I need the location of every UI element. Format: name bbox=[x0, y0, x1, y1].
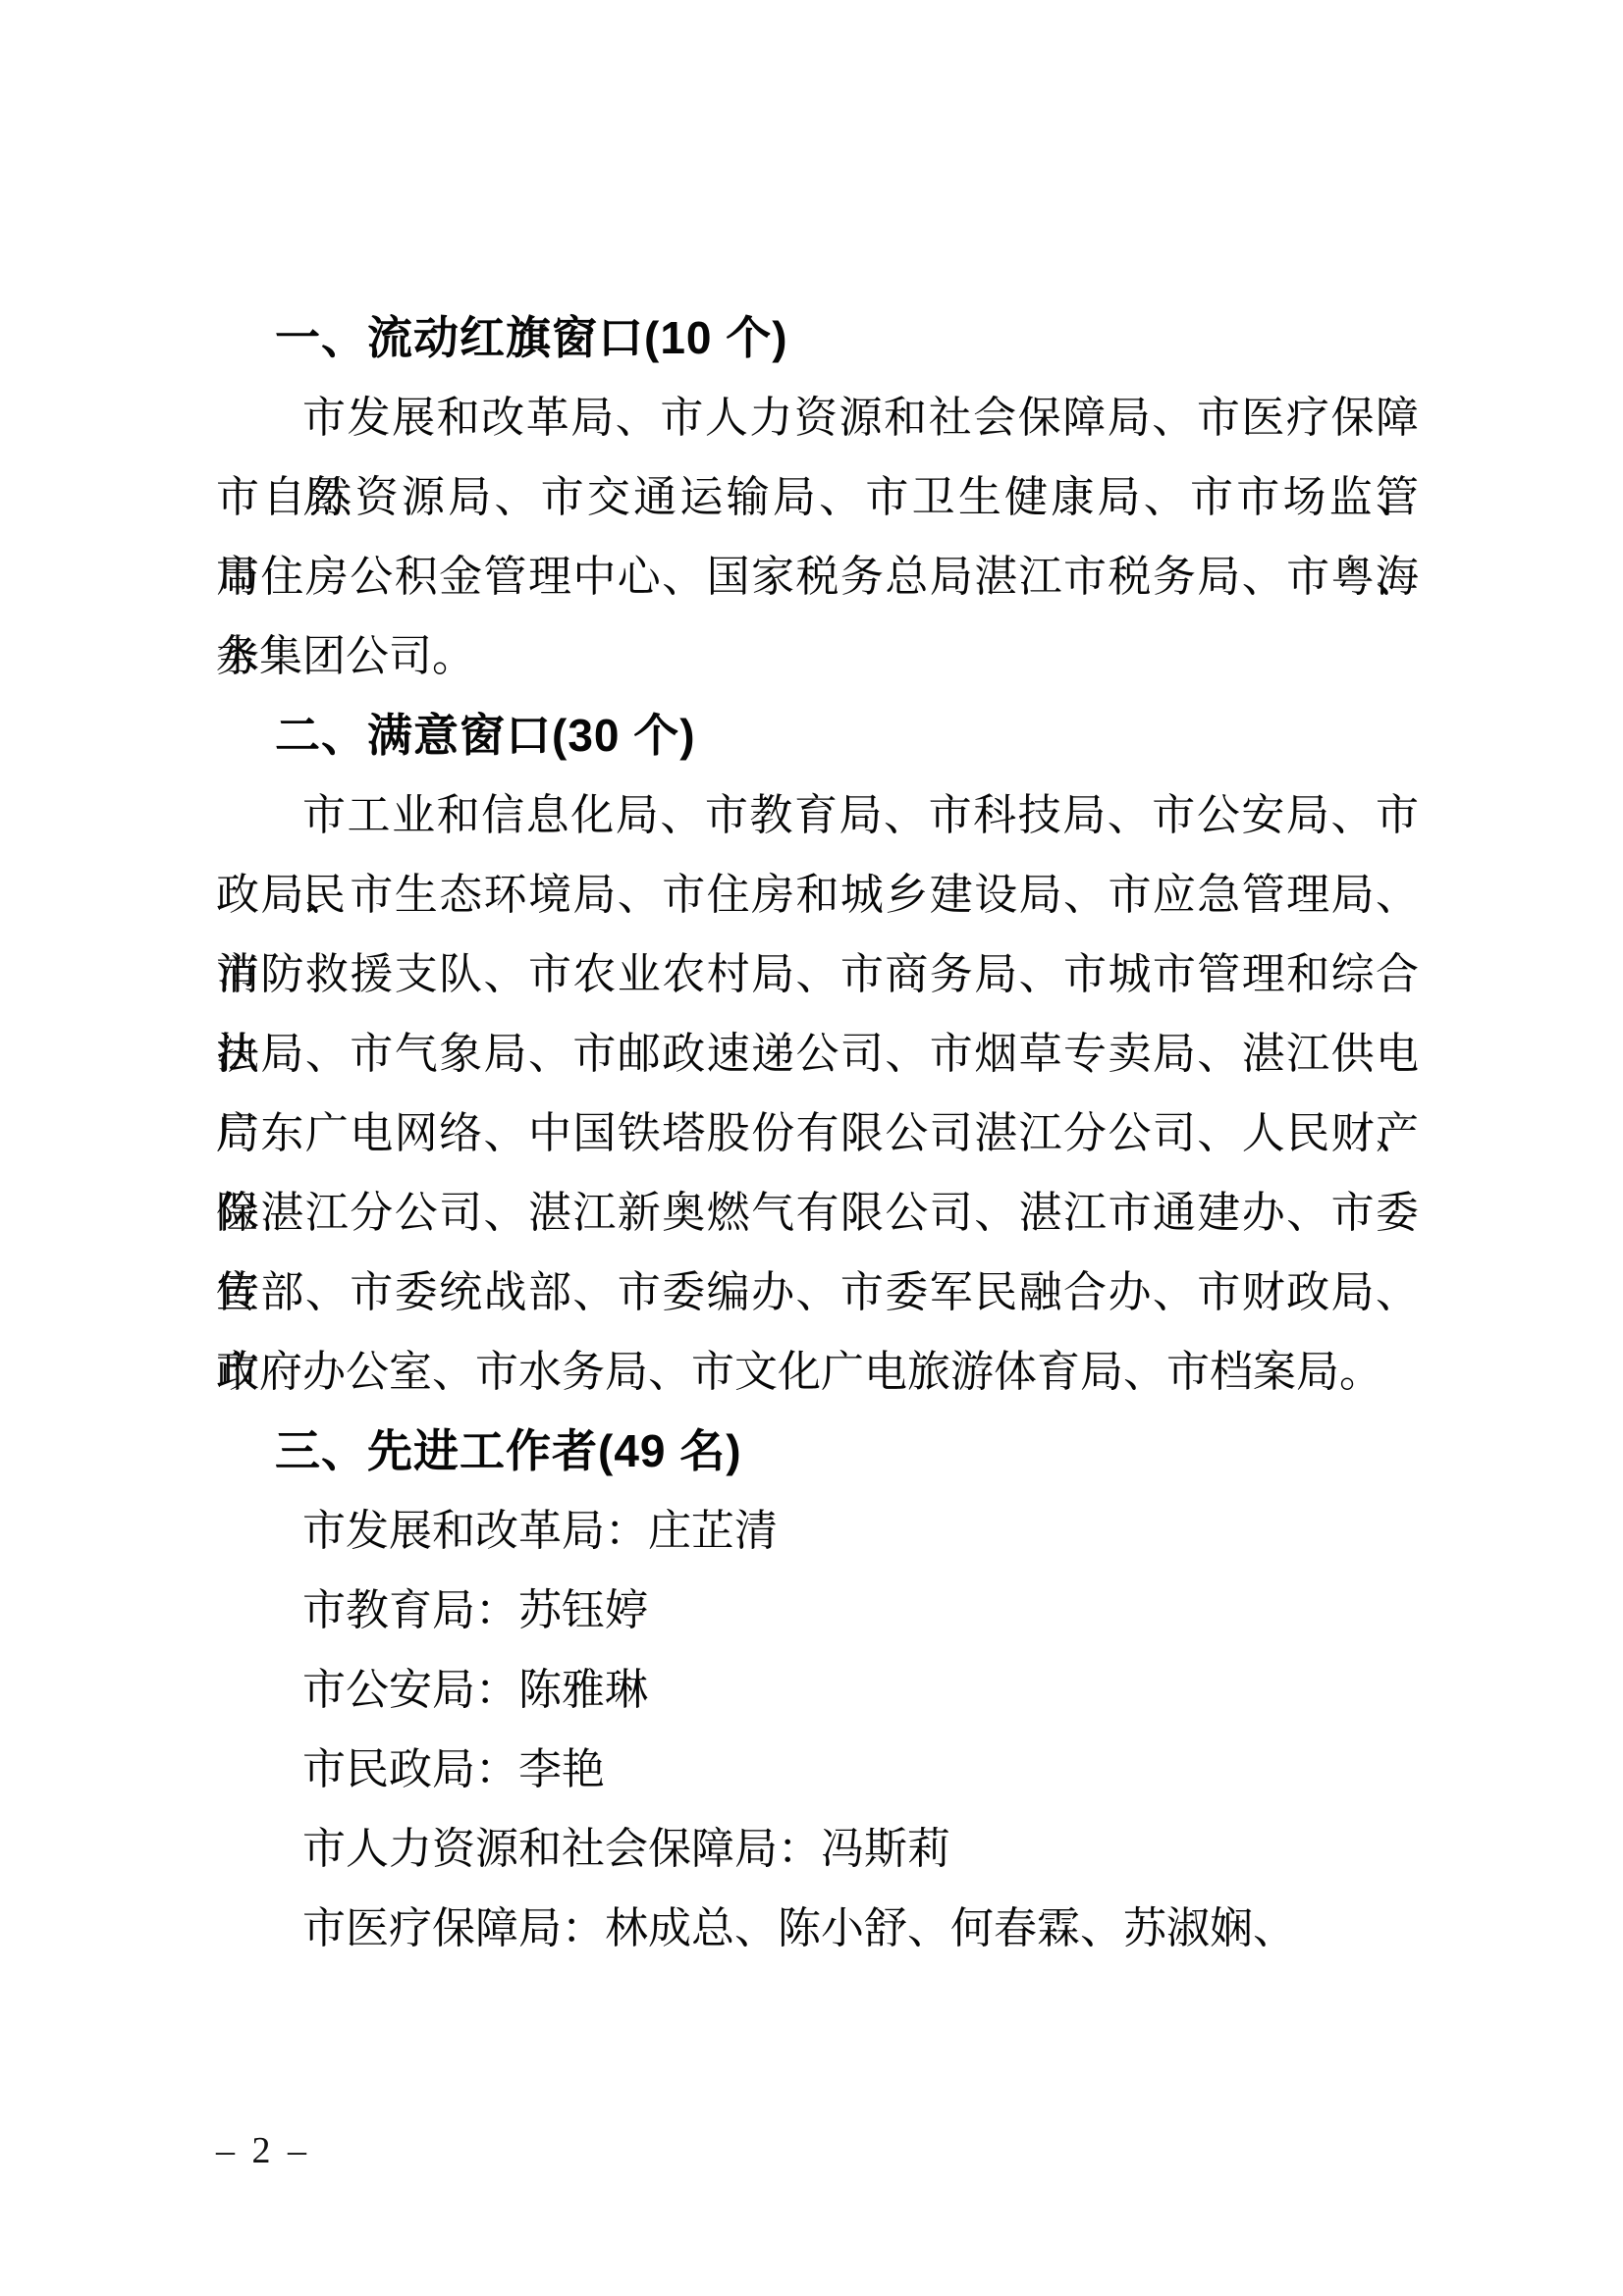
paragraph-line: 政局、市生态环境局、市住房和城乡建设局、市应急管理局、市 bbox=[216, 855, 1419, 934]
roster-line: 市民政局：李艳 bbox=[216, 1730, 1419, 1809]
page-number: – 2 – bbox=[216, 2126, 310, 2175]
paragraph-line: 法局、市气象局、市邮政速递公司、市烟草专卖局、湛江供电局、 bbox=[216, 1014, 1419, 1094]
section-heading: 二、满意窗口(30 个) bbox=[216, 696, 1419, 775]
roster-line: 市人力资源和社会保障局：冯斯莉 bbox=[216, 1809, 1419, 1889]
paragraph-line: 务集团公司。 bbox=[216, 616, 1419, 696]
section-heading: 一、流动红旗窗口(10 个) bbox=[216, 298, 1419, 378]
paragraph-line: 消防救援支队、市农业农村局、市商务局、市城市管理和综合执 bbox=[216, 934, 1419, 1014]
paragraph-line: 市发展和改革局、市人力资源和社会保障局、市医疗保障局、 bbox=[216, 378, 1419, 457]
roster-line: 市医疗保障局：林成总、陈小舒、何春霖、苏淑娴、 bbox=[216, 1889, 1419, 1968]
paragraph-line: 市自然资源局、市交通运输局、市卫生健康局、市市场监管局、 bbox=[216, 457, 1419, 537]
paragraph-line: 市工业和信息化局、市教育局、市科技局、市公安局、市民 bbox=[216, 775, 1419, 855]
document-body: 一、流动红旗窗口(10 个)市发展和改革局、市人力资源和社会保障局、市医疗保障局… bbox=[216, 298, 1419, 1968]
paragraph-line: 市住房公积金管理中心、国家税务总局湛江市税务局、市粤海水 bbox=[216, 537, 1419, 616]
roster-line: 市发展和改革局：庄芷清 bbox=[216, 1491, 1419, 1571]
roster-line: 市教育局：苏钰婷 bbox=[216, 1571, 1419, 1650]
paragraph-line: 政府办公室、市水务局、市文化广电旅游体育局、市档案局。 bbox=[216, 1332, 1419, 1412]
document-page: 一、流动红旗窗口(10 个)市发展和改革局、市人力资源和社会保障局、市医疗保障局… bbox=[0, 0, 1623, 2296]
paragraph-line: 广东广电网络、中国铁塔股份有限公司湛江分公司、人民财产保 bbox=[216, 1094, 1419, 1173]
roster-line: 市公安局：陈雅琳 bbox=[216, 1650, 1419, 1730]
paragraph-line: 传部、市委统战部、市委编办、市委军民融合办、市财政局、市 bbox=[216, 1253, 1419, 1332]
section-heading: 三、先进工作者(49 名) bbox=[216, 1412, 1419, 1491]
paragraph-line: 险湛江分公司、湛江新奥燃气有限公司、湛江市通建办、市委宣 bbox=[216, 1173, 1419, 1253]
